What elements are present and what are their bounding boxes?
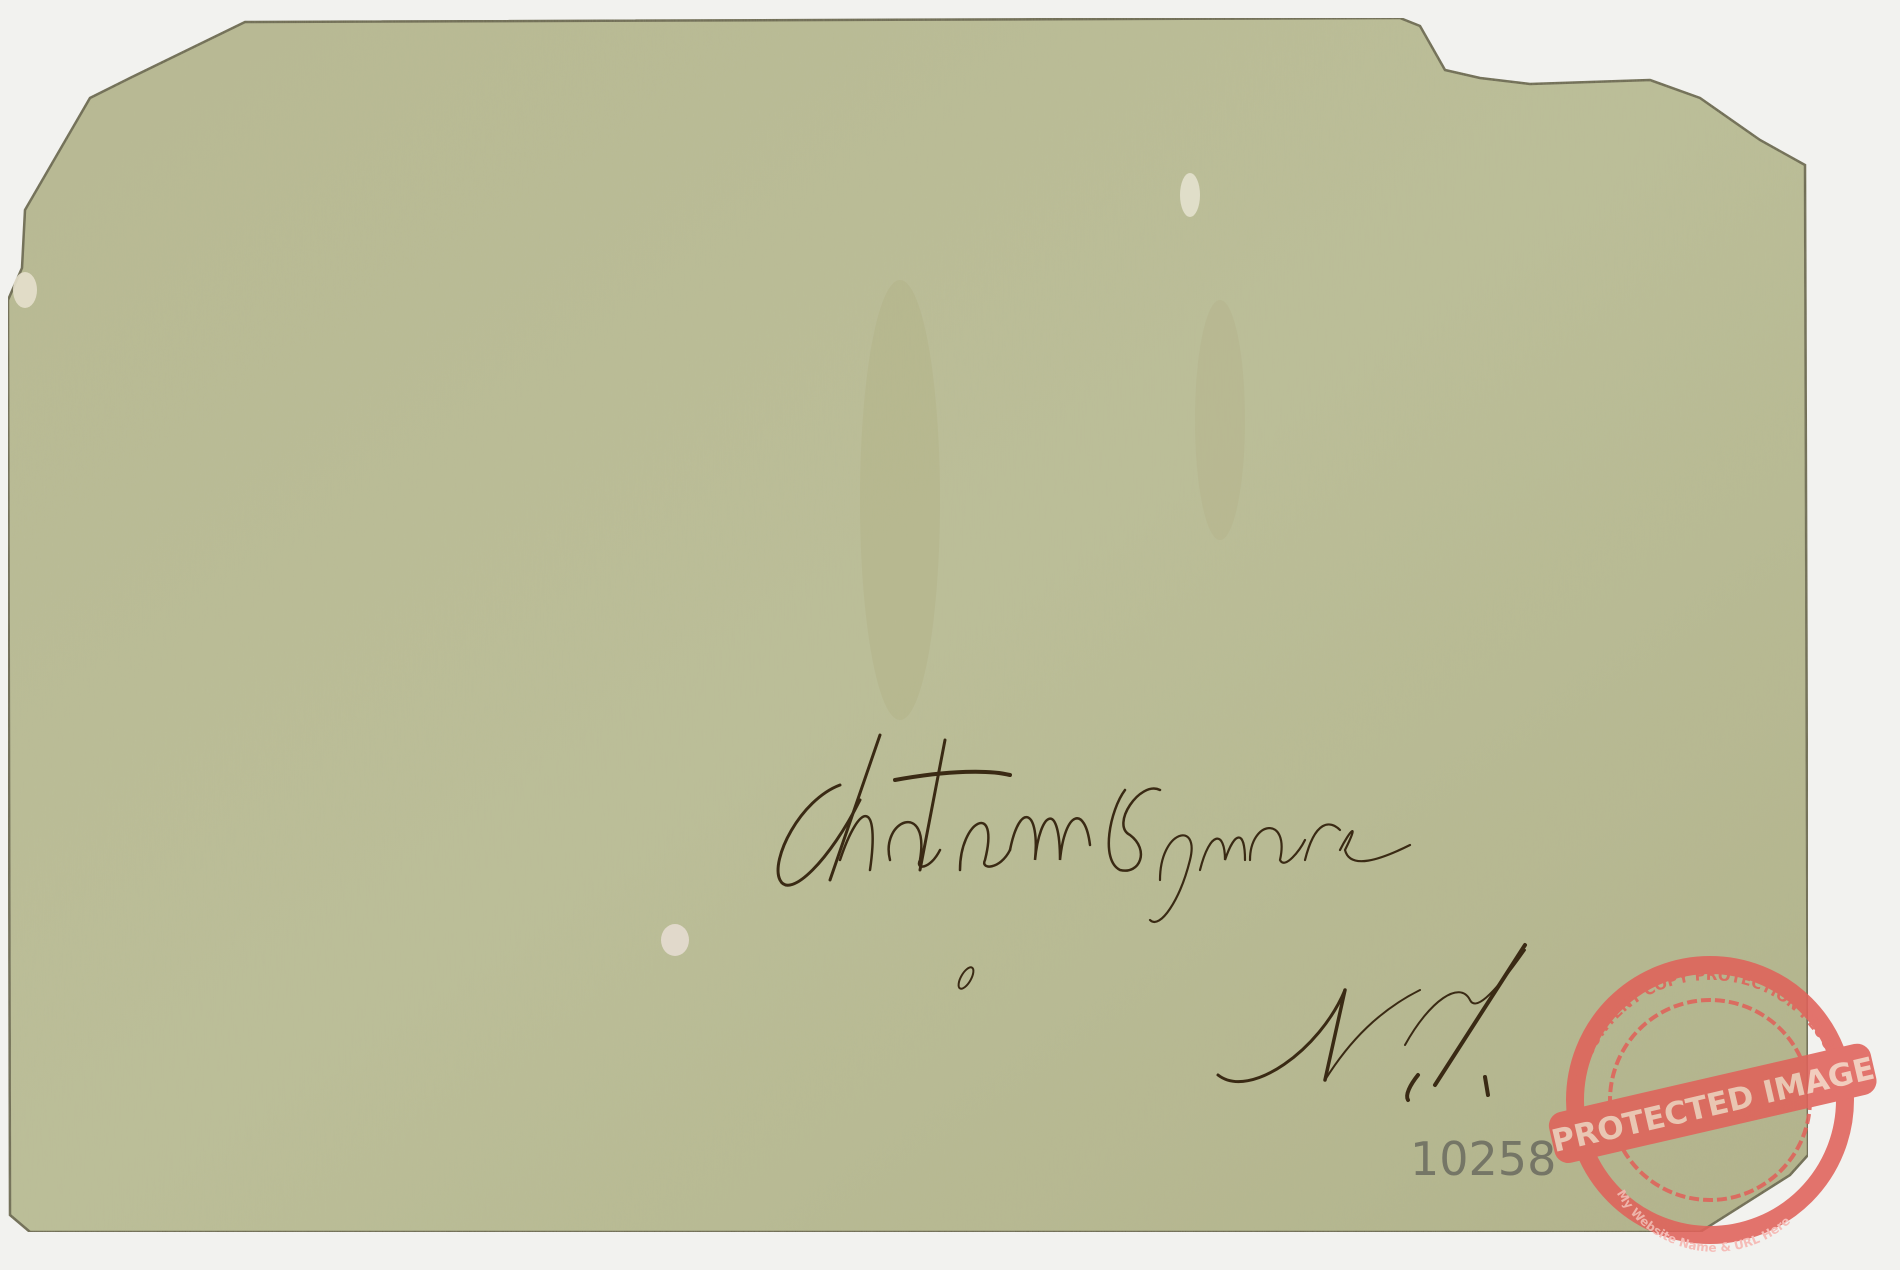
paper-loss: [661, 924, 689, 956]
paper-loss: [13, 272, 37, 308]
paper-loss: [1180, 173, 1200, 217]
card-back: 10258 WP CONTENT COPY PROTECTION PLUGIN …: [0, 0, 1900, 1270]
stain: [860, 280, 940, 720]
stain: [1195, 300, 1245, 540]
scanned-photo: 10258 WP CONTENT COPY PROTECTION PLUGIN …: [0, 0, 1900, 1270]
